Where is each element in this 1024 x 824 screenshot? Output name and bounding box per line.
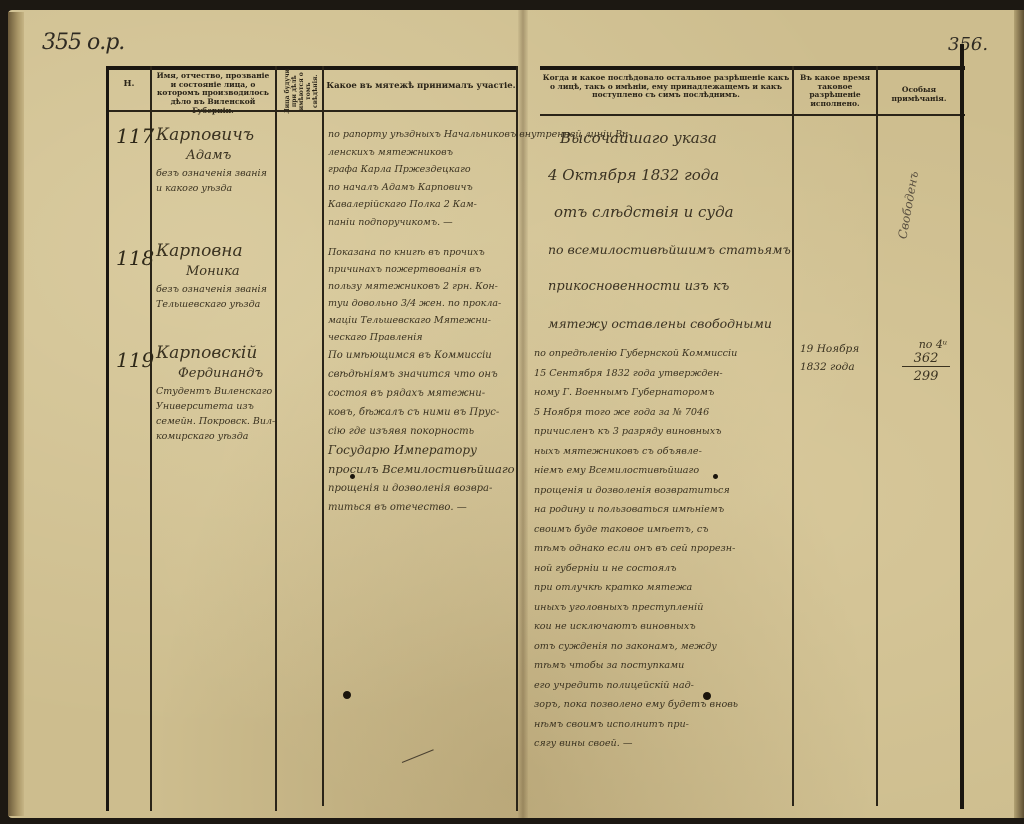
folio-number-left: 355 о.р. <box>42 30 124 55</box>
right-border-rule <box>960 44 964 809</box>
folio-number-right: 356. <box>948 34 988 55</box>
row-117-notes: Свободенъ <box>888 140 928 270</box>
header-top-rule-right <box>540 66 965 70</box>
row-119-number: 119 <box>116 350 154 371</box>
row-117-number: 117 <box>116 126 154 147</box>
header-name: Имя, отчество, прозваніе и состояніе лиц… <box>153 72 273 115</box>
row-118-participation: Показана по книгѣ въ прочихъ причинахъ п… <box>328 244 501 346</box>
col-rule-present <box>322 66 324 806</box>
page-edges-left <box>8 12 24 816</box>
header-number: Н. <box>108 80 150 90</box>
header-participation: Какое въ мятежѣ принималъ участіе. <box>326 82 516 92</box>
row-118-number: 118 <box>116 248 154 269</box>
row-117-118-resolution: Высочайшаго указа 4 Октября 1832 года от… <box>548 120 791 342</box>
page-edge-right <box>1014 10 1024 818</box>
ink-blot <box>703 692 711 700</box>
header-executed: Въ какое время таковое разрѣшеніе исполн… <box>795 74 875 109</box>
row-119-participation: По имѣющимся въ Коммиссіи свѣдѣніямъ зна… <box>328 346 515 517</box>
header-bottom-rule-right <box>540 114 965 116</box>
header-resolution: Когда и какое послѣдовало остальное разр… <box>542 74 790 100</box>
row-119-notes: по 4ᵘ 362 299 <box>896 338 956 384</box>
left-border-rule <box>106 66 109 811</box>
row-119-name: Карповскій Фердинандъ Студентъ Виленскаг… <box>156 342 275 444</box>
col-rule-resolution <box>792 66 794 806</box>
ink-blot <box>350 474 355 479</box>
row-118-name: Карповна Моника безъ означенія званія Те… <box>156 240 267 312</box>
ink-blot <box>343 691 351 699</box>
ink-blot <box>713 474 718 479</box>
header-present-rotated: Лица будучи при дѣлѣ имѣются о томъ свѣд… <box>277 66 327 116</box>
row-119-executed: 19 Ноября 1832 года <box>800 340 859 376</box>
col-rule-executed <box>876 66 878 806</box>
header-notes: Особыя примѣчанія. <box>879 86 959 103</box>
row-117-name: Карповичъ Адамъ безъ означенія званія и … <box>156 124 267 196</box>
col-rule-number <box>150 66 152 811</box>
